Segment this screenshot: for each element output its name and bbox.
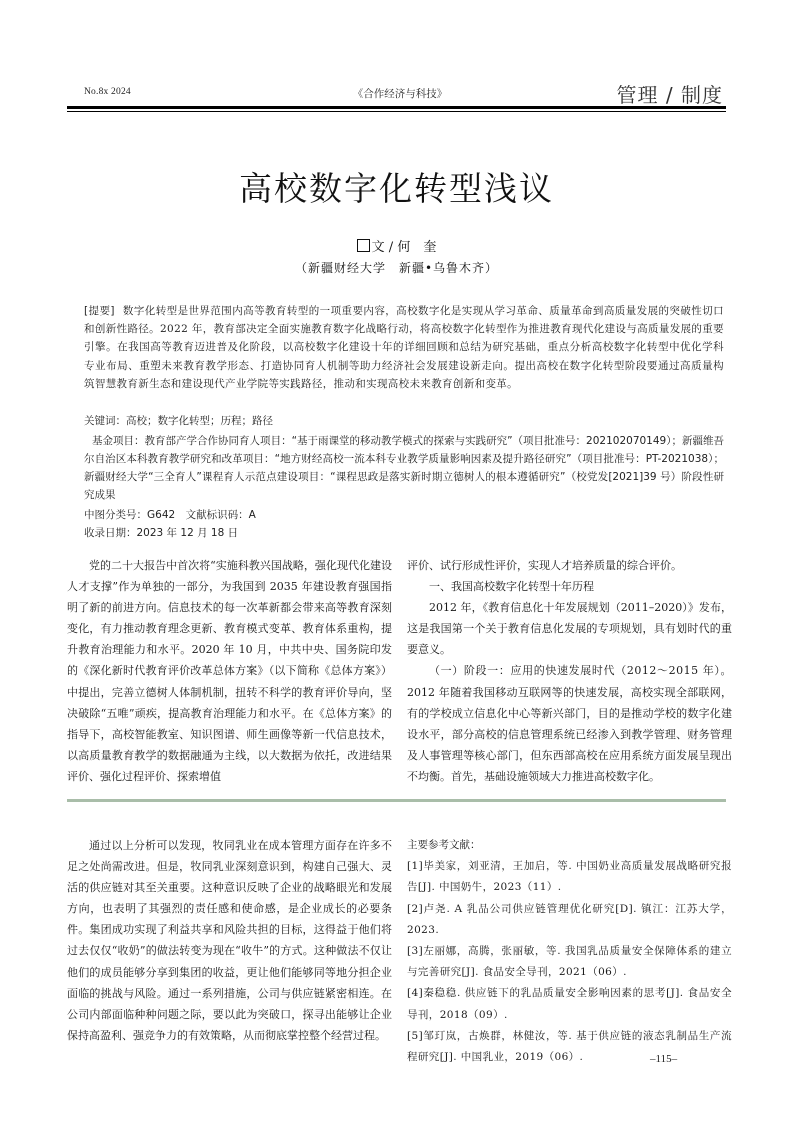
- abstract-label: [提要]: [84, 305, 115, 317]
- issue-label: No.8x 2024: [84, 87, 131, 97]
- references-title: 主要参考文献：: [407, 835, 732, 856]
- body-paragraph-continuation: 评价、试行形成性评价，实现人才培养质量的综合评价。: [407, 555, 732, 576]
- body-right-column: 评价、试行形成性评价，实现人才培养质量的综合评价。 一、我国高校数字化转型十年历…: [407, 555, 732, 787]
- reference-item: [2]卢尧. A 乳品公司供应链管理优化研究[D]. 镇江：江苏大学，2023.: [407, 899, 732, 941]
- header-rule-thick: [67, 106, 726, 109]
- affiliation: （新疆财经大学 新疆•乌鲁木齐）: [0, 259, 793, 276]
- body-paragraph: 通过以上分析可以发现，牧同乳业在成本管理方面存在许多不足之处尚需改进。但是，牧同…: [67, 835, 392, 1046]
- journal-name: 《合作经济与科技》: [330, 86, 470, 101]
- sub-heading: （一）阶段一：应用的快速发展时代（2012～2015 年）。: [429, 664, 732, 677]
- section-label: 管理 / 制度: [617, 79, 723, 108]
- received-date: 收录日期：2023 年 12 月 18 日: [84, 524, 724, 542]
- byline: 文 / 何 奎: [0, 236, 793, 255]
- abstract-text: 数字化转型是世界范围内高等教育转型的一项重要内容，高校数字化是实现从学习革命、质…: [84, 305, 724, 390]
- reference-item: [1]毕美家，刘亚清，王加启，等. 中国奶业高质量发展战略研究报告[J]. 中国…: [407, 856, 732, 898]
- article-title: 高校数字化转型浅议: [0, 163, 793, 210]
- header-rule-thin: [67, 111, 726, 112]
- funding: 基金项目：教育部产学合作协同育人项目：“基于雨课堂的移动教学模式的探索与实践研究…: [84, 432, 724, 504]
- section-heading: 一、我国高校数字化转型十年历程: [407, 576, 732, 597]
- article-divider: [67, 799, 726, 802]
- body-paragraph: 党的二十大报告中首次将“实施科教兴国战略，强化现代化建设人才支撑”作为单独的一部…: [67, 555, 392, 787]
- square-icon: [357, 239, 370, 252]
- reference-item: [5]邹玎岚，古焕群，林健汝，等. 基于供应链的液态乳制品生产流程研究[J]. …: [407, 1026, 732, 1068]
- abstract: [提要]数字化转型是世界范围内高等教育转型的一项重要内容，高校数字化是实现从学习…: [84, 302, 724, 393]
- body-left-column: 党的二十大报告中首次将“实施科教兴国战略，强化现代化建设人才支撑”作为单独的一部…: [67, 555, 392, 787]
- classification: 中图分类号：G642 文献标识码：A: [84, 506, 724, 524]
- author: 文 / 何 奎: [372, 240, 437, 255]
- body-paragraph: （一）阶段一：应用的快速发展时代（2012～2015 年）。2012 年随着我国…: [407, 660, 732, 787]
- reference-item: [4]秦稳稳. 供应链下的乳品质量安全影响因素的思考[J]. 食品安全导刊，20…: [407, 983, 732, 1025]
- body-paragraph: 2012 年，《教育信息化十年发展规划（2011–2020）》发布，这是我国第一…: [407, 597, 732, 660]
- reference-item: [3]左丽娜，高腾，张丽敏，等. 我国乳品质量安全保障体系的建立与完善研究[J]…: [407, 941, 732, 983]
- prev-article-left-column: 通过以上分析可以发现，牧同乳业在成本管理方面存在许多不足之处尚需改进。但是，牧同…: [67, 835, 392, 1046]
- keywords: 关键词：高校；数字化转型；历程；路径: [84, 412, 724, 430]
- references-column: 主要参考文献： [1]毕美家，刘亚清，王加启，等. 中国奶业高质量发展战略研究报…: [407, 835, 732, 1068]
- body-paragraph-text: 2012 年随着我国移动互联网等的快速发展，高校实现全部联网，有的学校成立信息化…: [407, 686, 732, 783]
- page-number: –115–: [650, 1053, 677, 1065]
